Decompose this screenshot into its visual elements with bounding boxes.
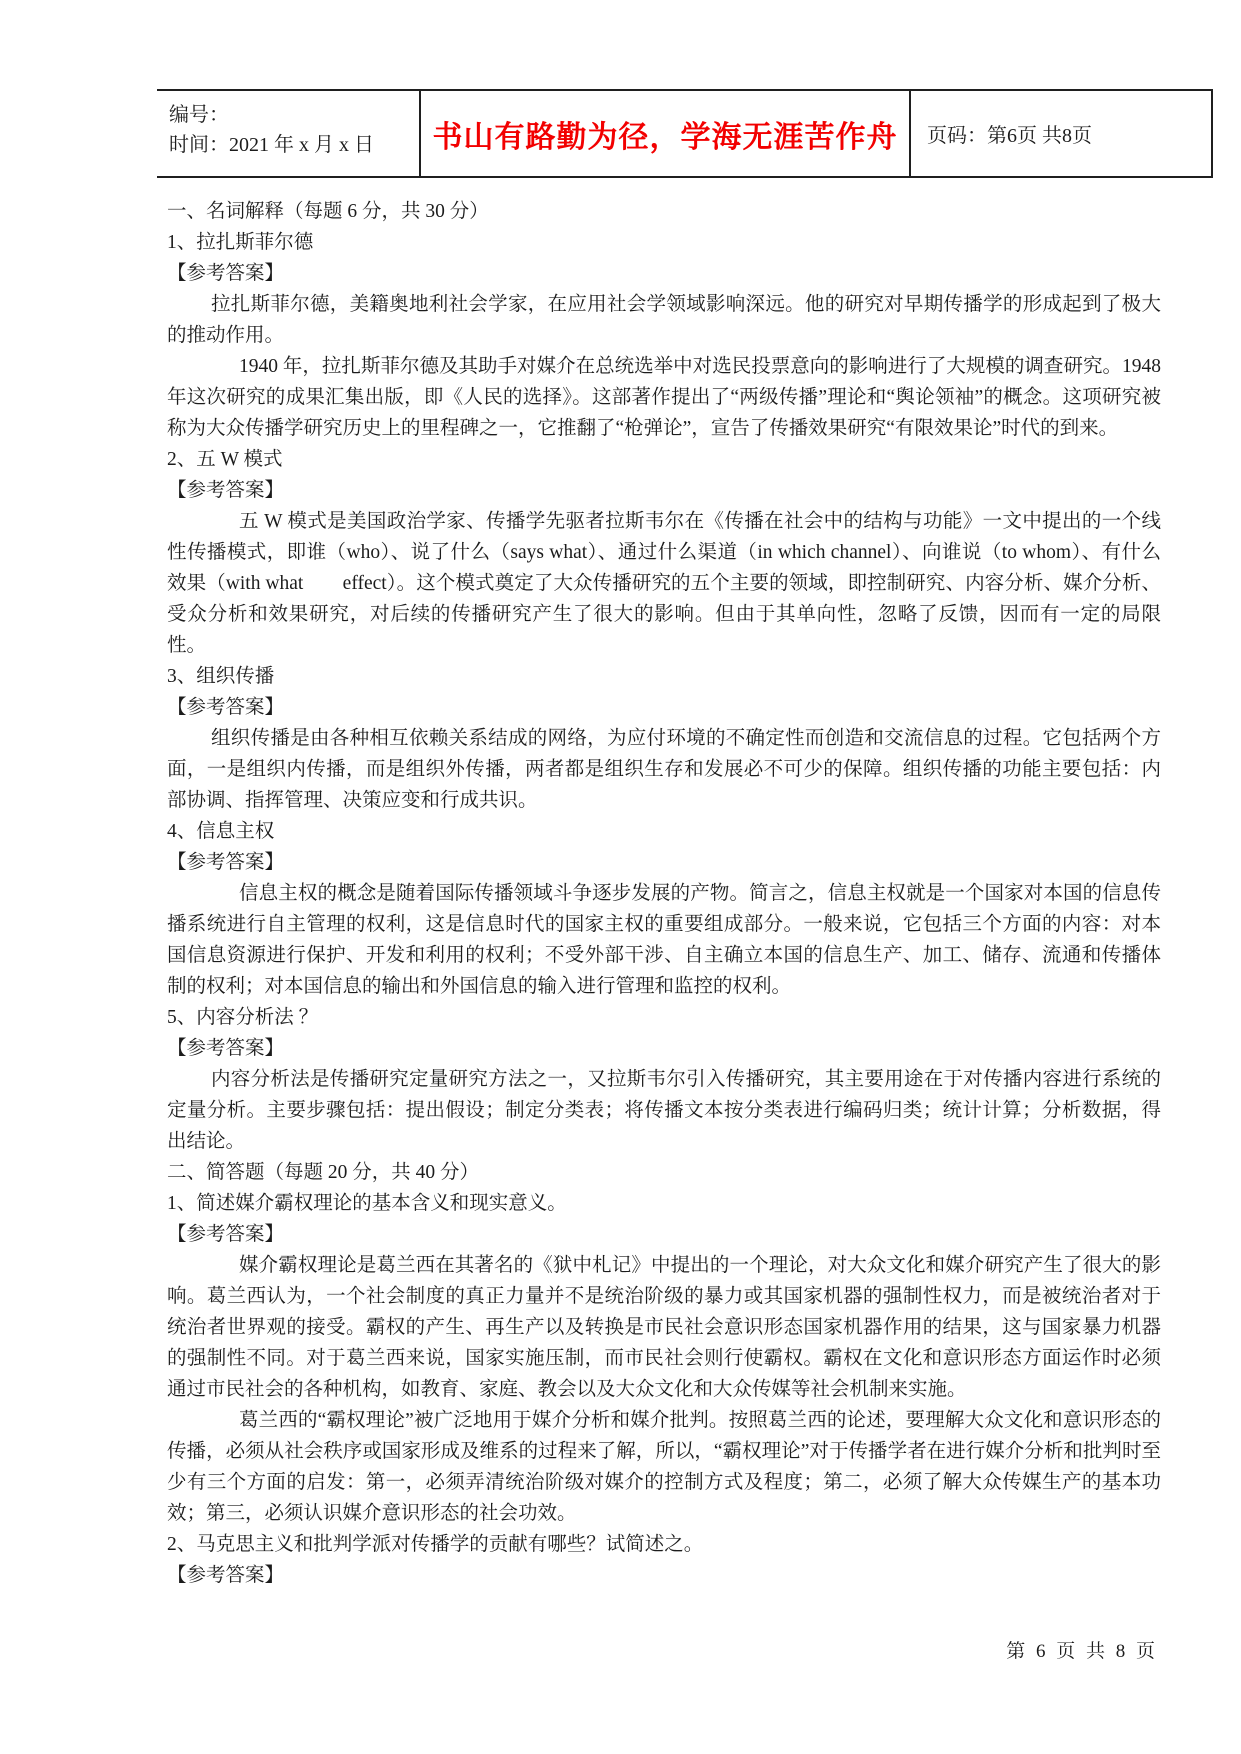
motto-text: 书山有路勤为径，学海无涯苦作舟 [433, 112, 898, 156]
answer-paragraph: 组织传播是由各种相互依赖关系结成的网络，为应付环境的不确定性而创造和交流信息的过… [167, 723, 1161, 816]
answer-paragraph: 拉扎斯菲尔德，美籍奥地利社会学家，在应用社会学领域影响深远。他的研究对早期传播学… [167, 289, 1161, 351]
section-heading: 一、名词解释（每题 6 分，共 30 分） [167, 196, 1161, 227]
answer-label: 【参考答案】 [167, 847, 1161, 878]
section-heading: 二、简答题（每题 20 分，共 40 分） [167, 1157, 1161, 1188]
answer-label: 【参考答案】 [167, 1033, 1161, 1064]
doc-number-label: 编号： [169, 100, 419, 130]
answer-paragraph: 五 W 模式是美国政治学家、传播学先驱者拉斯韦尔在《传播在社会中的结构与功能》一… [167, 506, 1161, 661]
answer-label: 【参考答案】 [167, 1560, 1161, 1591]
answer-label: 【参考答案】 [167, 1219, 1161, 1250]
header-cell-meta: 编号： 时间：2021 年 x 月 x 日 [157, 91, 421, 176]
header-table: 编号： 时间：2021 年 x 月 x 日 书山有路勤为径，学海无涯苦作舟 页码… [157, 89, 1213, 178]
page-number-label: 页码：第6页 共8页 [927, 119, 1092, 148]
header-cell-page: 页码：第6页 共8页 [911, 91, 1211, 176]
question-item: 2、五 W 模式 [167, 444, 1161, 475]
answer-paragraph: 媒介霸权理论是葛兰西在其著名的《狱中札记》中提出的一个理论，对大众文化和媒介研究… [167, 1250, 1161, 1405]
question-item: 4、信息主权 [167, 816, 1161, 847]
doc-date-label: 时间：2021 年 x 月 x 日 [169, 130, 419, 160]
question-item: 3、组织传播 [167, 661, 1161, 692]
answer-label: 【参考答案】 [167, 475, 1161, 506]
answer-label: 【参考答案】 [167, 258, 1161, 289]
question-item: 5、内容分析法 ？ [167, 1002, 1161, 1033]
answer-paragraph: 内容分析法是传播研究定量研究方法之一，又拉斯韦尔引入传播研究，其主要用途在于对传… [167, 1064, 1161, 1157]
question-item: 1、拉扎斯菲尔德 [167, 227, 1161, 258]
document-page: 编号： 时间：2021 年 x 月 x 日 书山有路勤为径，学海无涯苦作舟 页码… [0, 0, 1241, 1754]
footer-page-info: 第 6 页 共 8 页 [1006, 1636, 1158, 1663]
answer-paragraph: 葛兰西的“霸权理论”被广泛地用于媒介分析和媒介批判。按照葛兰西的论述，要理解大众… [167, 1405, 1161, 1529]
answer-label: 【参考答案】 [167, 692, 1161, 723]
question-item: 1、简述媒介霸权理论的基本含义和现实意义。 [167, 1188, 1161, 1219]
answer-paragraph: 信息主权的概念是随着国际传播领域斗争逐步发展的产物。简言之，信息主权就是一个国家… [167, 878, 1161, 1002]
document-body: 一、名词解释（每题 6 分，共 30 分） 1、拉扎斯菲尔德 【参考答案】 拉扎… [167, 196, 1161, 1591]
answer-paragraph: 1940 年，拉扎斯菲尔德及其助手对媒介在总统选举中对选民投票意向的影响进行了大… [167, 351, 1161, 444]
header-cell-motto: 书山有路勤为径，学海无涯苦作舟 [421, 91, 911, 176]
question-item: 2、马克思主义和批判学派对传播学的贡献有哪些？试简述之。 [167, 1529, 1161, 1560]
